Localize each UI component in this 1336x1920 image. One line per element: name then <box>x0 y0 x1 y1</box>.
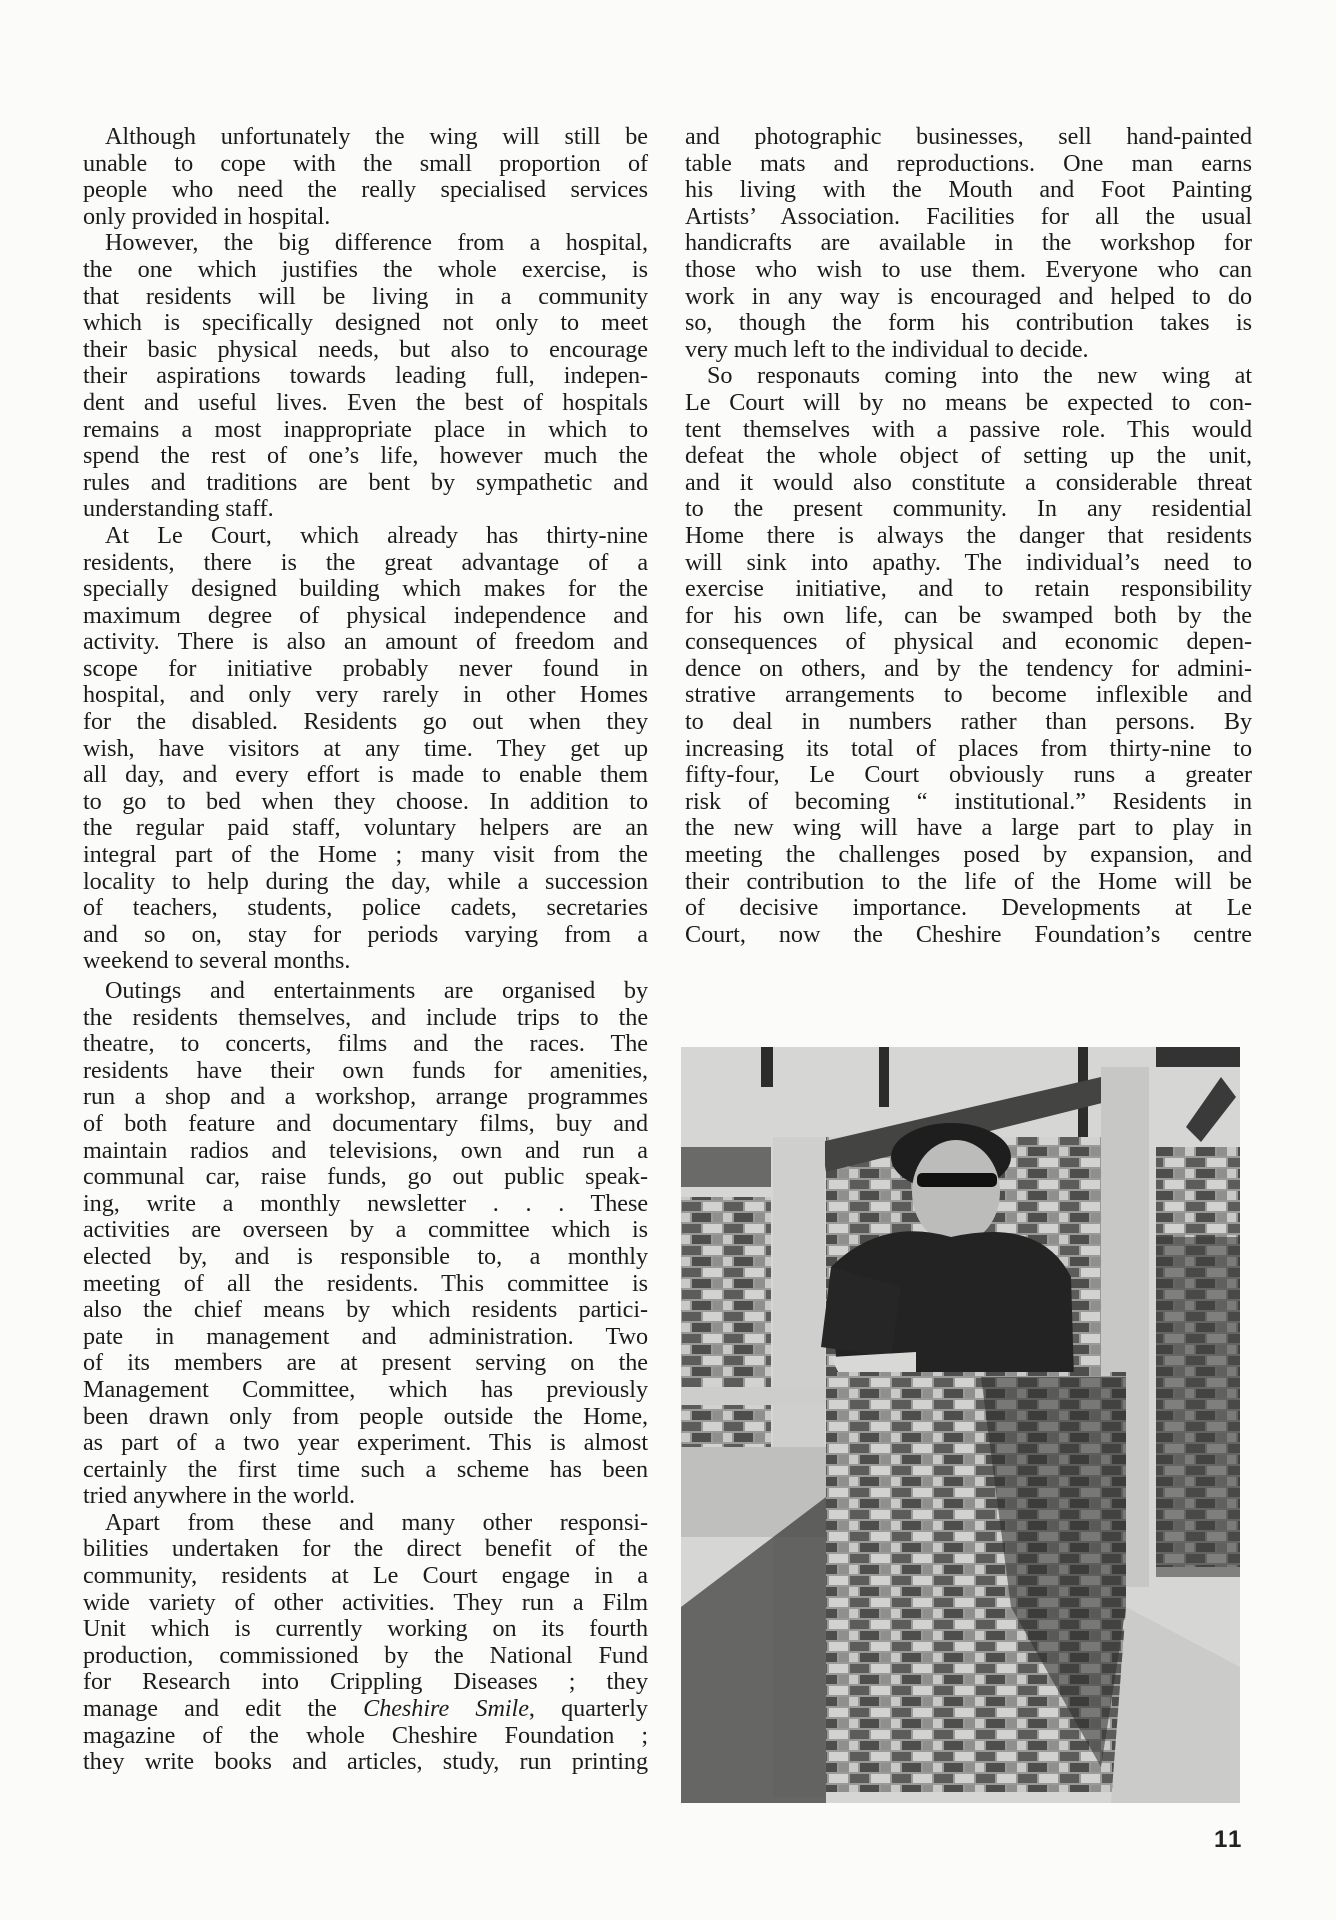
text-line: and photographic businesses, sell hand-p… <box>685 124 1252 151</box>
text-line: which is specifically designed not only … <box>83 310 648 337</box>
text-line: At Le Court, which already has thirty-ni… <box>83 523 648 550</box>
text-line: Home there is always the danger that res… <box>685 523 1252 550</box>
text-line: exercise initiative, and to retain respo… <box>685 576 1252 603</box>
text-line: of decisive importance. Developments at … <box>685 895 1252 922</box>
text-line: wide variety of other activities. They r… <box>83 1590 648 1617</box>
page-number: 11 <box>1214 1826 1243 1854</box>
text-line: defeat the whole object of setting up th… <box>685 443 1252 470</box>
text-line: will sink into apathy. The individual’s … <box>685 550 1252 577</box>
magazine-title: Cheshire Smile <box>363 1695 529 1722</box>
text-line: meeting of all the residents. This commi… <box>83 1271 648 1298</box>
text-line: the residents themselves, and include tr… <box>83 1005 648 1032</box>
text-line: Le Court will by no means be expected to… <box>685 390 1252 417</box>
text-line: Artists’ Association. Facilities for all… <box>685 204 1252 231</box>
text-line: those who wish to use them. Everyone who… <box>685 257 1252 284</box>
text-line: elected by, and is responsible to, a mon… <box>83 1244 648 1271</box>
text-line: strative arrangements to become inflexib… <box>685 682 1252 709</box>
text-line: Apart from these and many other responsi… <box>83 1510 648 1537</box>
text-line: unable to cope with the small proportion… <box>83 151 648 178</box>
text-line: ing, write a monthly newsletter . . . Th… <box>83 1191 648 1218</box>
text-line: increasing its total of places from thir… <box>685 736 1252 763</box>
text-line: consequences of physical and economic de… <box>685 629 1252 656</box>
text-line: that residents will be living in a commu… <box>83 284 648 311</box>
text-line: certainly the first time such a scheme h… <box>83 1457 648 1484</box>
text-line: community, residents at Le Court engage … <box>83 1563 648 1590</box>
text-line: to go to bed when they choose. In additi… <box>83 789 648 816</box>
photo-man-laying-bricks <box>681 1047 1240 1803</box>
text-line: understanding staff. <box>83 496 648 523</box>
text-line: Court, now the Cheshire Foundation’s cen… <box>685 922 1252 949</box>
text-line: However, the big difference from a hospi… <box>83 230 648 257</box>
text-line: his living with the Mouth and Foot Paint… <box>685 177 1252 204</box>
photo-image <box>681 1047 1240 1803</box>
text-line: scope for initiative probably never foun… <box>83 656 648 683</box>
text-line: wish, have visitors at any time. They ge… <box>83 736 648 763</box>
text-line: people who need the really specialised s… <box>83 177 648 204</box>
text-line: tent themselves with a passive role. Thi… <box>685 417 1252 444</box>
text-line: for the disabled. Residents go out when … <box>83 709 648 736</box>
text-line: bilities undertaken for the direct benef… <box>83 1536 648 1563</box>
text-line: integral part of the Home ; many visit f… <box>83 842 648 869</box>
text-line: their aspirations towards leading full, … <box>83 363 648 390</box>
text-line: maintain radios and televisions, own and… <box>83 1138 648 1165</box>
text-line: specially designed building which makes … <box>83 576 648 603</box>
text-segment: , quarterly <box>529 1695 648 1722</box>
text-line: of teachers, students, police cadets, se… <box>83 895 648 922</box>
text-line: their contribution to the life of the Ho… <box>685 869 1252 896</box>
text-line: residents have their own funds for ameni… <box>83 1058 648 1085</box>
text-line: pate in management and administration. T… <box>83 1324 648 1351</box>
text-line: work in any way is encouraged and helped… <box>685 284 1252 311</box>
text-line: maximum degree of physical independence … <box>83 603 648 630</box>
text-line: Unit which is currently working on its f… <box>83 1616 648 1643</box>
text-line: spend the rest of one’s life, however mu… <box>83 443 648 470</box>
text-line: risk of becoming “ institutional.” Resid… <box>685 789 1252 816</box>
text-line: the new wing will have a large part to p… <box>685 815 1252 842</box>
text-line: Although unfortunately the wing will sti… <box>83 124 648 151</box>
text-line: activities are overseen by a committee w… <box>83 1217 648 1244</box>
text-line: meeting the challenges posed by expansio… <box>685 842 1252 869</box>
text-line: all day, and every effort is made to ena… <box>83 762 648 789</box>
text-line: residents, there is the great advantage … <box>83 550 648 577</box>
text-line: table mats and reproductions. One man ea… <box>685 151 1252 178</box>
text-line: to deal in numbers rather than persons. … <box>685 709 1252 736</box>
text-line: for his own life, can be swamped both by… <box>685 603 1252 630</box>
text-line: of its members are at present serving on… <box>83 1350 648 1377</box>
text-line: and it would also constitute a considera… <box>685 470 1252 497</box>
text-line: fifty-four, Le Court obviously runs a gr… <box>685 762 1252 789</box>
text-line: and so on, stay for periods varying from… <box>83 922 648 949</box>
text-line: dent and useful lives. Even the best of … <box>83 390 648 417</box>
text-line: weekend to several months. <box>83 948 648 975</box>
text-line: only provided in hospital. <box>83 204 648 231</box>
text-line: they write books and articles, study, ru… <box>83 1749 648 1776</box>
text-line: theatre, to concerts, films and the race… <box>83 1031 648 1058</box>
text-line: their basic physical needs, but also to … <box>83 337 648 364</box>
text-line: Management Committee, which has previous… <box>83 1377 648 1404</box>
text-line: the regular paid staff, voluntary helper… <box>83 815 648 842</box>
text-line: been drawn only from people outside the … <box>83 1404 648 1431</box>
text-line: as part of a two year experiment. This i… <box>83 1430 648 1457</box>
text-line: communal car, raise funds, go out public… <box>83 1164 648 1191</box>
text-line: of both feature and documentary films, b… <box>83 1111 648 1138</box>
text-line: production, commissioned by the National… <box>83 1643 648 1670</box>
text-line: rules and traditions are bent by sympath… <box>83 470 648 497</box>
text-line: remains a most inappropriate place in wh… <box>83 417 648 444</box>
text-line: Outings and entertainments are organised… <box>83 978 648 1005</box>
text-line: hospital, and only very rarely in other … <box>83 682 648 709</box>
text-line: magazine of the whole Cheshire Foundatio… <box>83 1723 648 1750</box>
text-line: activity. There is also an amount of fre… <box>83 629 648 656</box>
text-line: dence on others, and by the tendency for… <box>685 656 1252 683</box>
text-line: so, though the form his contribution tak… <box>685 310 1252 337</box>
text-line: also the chief means by which residents … <box>83 1297 648 1324</box>
text-line: manage and edit the Cheshire Smile, quar… <box>83 1696 648 1723</box>
text-line: very much left to the individual to deci… <box>685 337 1252 364</box>
right-column: and photographic businesses, sell hand-p… <box>685 124 1252 948</box>
text-line: So responauts coming into the new wing a… <box>685 363 1252 390</box>
text-segment: manage and edit the <box>83 1695 337 1722</box>
text-line: for Research into Crippling Diseases ; t… <box>83 1669 648 1696</box>
text-line: locality to help during the day, while a… <box>83 869 648 896</box>
text-line: the one which justifies the whole exerci… <box>83 257 648 284</box>
text-line: tried anywhere in the world. <box>83 1483 648 1510</box>
text-line: handicrafts are available in the worksho… <box>685 230 1252 257</box>
text-line: run a shop and a workshop, arrange progr… <box>83 1084 648 1111</box>
left-column: Although unfortunately the wing will sti… <box>83 124 648 1776</box>
text-line: to the present community. In any residen… <box>685 496 1252 523</box>
